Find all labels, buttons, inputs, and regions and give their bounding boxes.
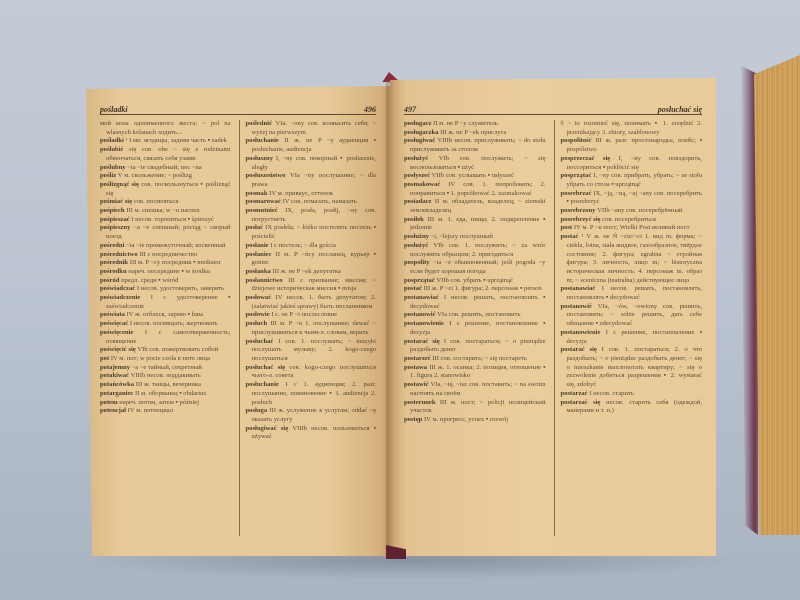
entry-headword: posmarować	[246, 198, 283, 205]
entry-headword: posłannictwo	[246, 277, 289, 284]
dictionary-entry: pośladki ¹ I мн. ягодицы, задняя часть ▪…	[100, 137, 231, 146]
entry-headword: posłaniec	[246, 251, 276, 258]
entry-headword: pospolity	[404, 259, 433, 266]
entry-headword: postarzać	[561, 390, 590, 397]
entry-headword: posmutnieć	[246, 207, 286, 214]
entry-headword: poślubny	[100, 164, 127, 171]
dictionary-entry: pośliz V м. скольжение; ~ poślizg	[100, 172, 231, 181]
entry-definition: I с. не P ~i послесловие	[271, 311, 337, 318]
dictionary-entry: posłaniec II м. P ~ńcy посланец, курьер …	[246, 251, 377, 268]
entry-definition: VIa, ~ię, ~isz сов. поставить; ~ na swoi…	[410, 381, 546, 397]
entry-definition: III м. спешка; w ~u наспех	[126, 207, 200, 214]
dictionary-entry: potencjał IV м. потенциал	[100, 407, 231, 416]
entry-headword: posłuchanie	[246, 137, 285, 144]
entry-headword: postanowić	[561, 303, 598, 310]
entry-headword: poświęcić się	[100, 346, 137, 353]
entry-headword: post	[561, 224, 574, 231]
entry-definition: II м. оборванец ▪ obdartus	[135, 390, 206, 397]
entry-headword: posrebrzyć się	[561, 216, 603, 223]
dictionary-entry: posłuch III м. P ~u 1. послушание; dawać…	[246, 320, 377, 337]
dictionary-entry: posłanie I с постель; ~ dla gościa	[246, 242, 377, 251]
entry-headword: pot	[100, 355, 111, 362]
dictionary-entry: pośmiać się сов. посмеяться	[100, 198, 231, 207]
dictionary-entry: posprzątać I, ~ny сов. прибрать, убрать;…	[561, 172, 703, 189]
entry-definition: IV м. привкус, оттенок	[269, 190, 333, 197]
entry-definition: мой кона одноименного жеста; ~ pol na wl…	[100, 120, 231, 136]
entry-definition: сов. посмеяться	[134, 198, 179, 205]
dictionary-entry: poślubić się сов. obe ~ się z rodzinami …	[100, 146, 231, 163]
entry-definition: VIIb ~any сов. посеребрённый	[597, 207, 682, 214]
dictionary-entry: pośredni ~ia ~ie промежуточный; косвенны…	[100, 242, 231, 251]
entry-definition: III ж. услужение к услугам; oddać ~ę ока…	[252, 407, 376, 423]
dictionary-entry: poślubny ~ia ~ie свадебный; noc ~na	[100, 164, 231, 173]
dictionary-entry: posłuchać się сов. kogo-czego послушатьс…	[246, 364, 377, 381]
dictionary-entry: posiłek III м. 1. еда, пища; 2. подкрепл…	[404, 216, 546, 233]
dictionary-entry: poświadczenie I с удостоверение ▪ zaświa…	[100, 294, 231, 311]
dictionary-entry: posłyszeć VIIb сов. услышать ▪ usłyszeć	[404, 172, 546, 181]
entry-definition: VIa сов. решить, постановить	[437, 311, 520, 318]
dictionary-entry: posłuszeństwo VIa ~ny послушание; ~ dla …	[246, 172, 377, 189]
dictionary-entry: potarganiec II м. оборванец ▪ obdartus	[100, 390, 231, 399]
entry-definition: I несов. удостоверять, заверять	[137, 285, 224, 292]
dictionary-entry: posłuchanie I с 1. аудиенция; 2. разг. п…	[246, 381, 377, 407]
entry-definition: ¹ I мн. ягодицы, задняя часть ▪ zadek	[125, 137, 226, 144]
entry-headword: posłanie	[246, 242, 271, 249]
entry-definition: V м. скольжение; ~ poślizg	[118, 172, 192, 179]
entry-definition: ~ia ~ie свадебный; noc ~na	[127, 164, 201, 171]
entry-headword: poślubić	[100, 146, 129, 153]
book-gutter	[386, 80, 394, 550]
dictionary-entry: posłużyć VIb сов. 1. послужить; ~ za wzó…	[404, 242, 546, 259]
entry-headword: pośród	[100, 277, 121, 284]
entry-definition: III ж. 1. осанка; 2. позиция, отношение …	[410, 364, 546, 380]
entry-headword: posłuch	[246, 320, 271, 327]
dictionary-entry: posiadacz II м. обладатель, владелец; ~ …	[404, 198, 546, 215]
dictionary-entry: postać ¹ V ж. не Ń ~cie/~ci 1. вид m. фо…	[561, 233, 703, 285]
entry-headword: poślizgnąć się	[100, 181, 141, 188]
entry-headword: postanowienie	[404, 320, 449, 327]
dictionary-entry: pospolitość III ж. разг. простонародье, …	[561, 137, 703, 154]
entry-headword: postanawiać	[561, 285, 602, 292]
dictionary-entry: posłać IX posłeła; ~ łóżko постелить пос…	[246, 224, 377, 241]
dictionary-entry: posłuszny I, ~ny сов. покорный ▪ posłusz…	[246, 155, 377, 172]
entry-definition: III м. 1. еда, пища; 2. подкрепление ▪ j…	[410, 216, 546, 232]
dictionary-entry: poświęcić się VIb сов. пожертвовать собо…	[100, 346, 231, 355]
entry-definition: I несов. посвящать; жертвовать	[130, 320, 218, 327]
entry-headword: posrebrzony	[561, 207, 598, 214]
dictionary-entry: posrebrzony VIIb ~any сов. посеребрённый	[561, 207, 703, 216]
dictionary-entry: posłanka III ж. не P ~ek депутатка	[246, 268, 377, 277]
entry-headword: posmak	[246, 190, 270, 197]
dictionary-entry: мой кона одноименного жеста; ~ pol na wl…	[100, 120, 231, 137]
dictionary-entry: poświadczać I несов. удостоверять, завер…	[100, 285, 231, 294]
entry-headword: posłuszeństwo	[246, 172, 290, 179]
entry-headword: poślednić	[246, 120, 276, 127]
dictionary-entry: posprzeczać się I, ~ny сов. повздорить, …	[561, 155, 703, 172]
entry-definition: VIIIb несов. поддакивать	[131, 372, 201, 379]
entry-definition: IX posłeła; ~ łóżko постелить постель ▪ …	[252, 224, 377, 240]
dictionary-entry: posłowie I с. не P ~i послесловие	[246, 311, 377, 320]
dictionary-entry: posługaczka III ж. не P ~ek прислуга	[404, 129, 546, 138]
dictionary-entry: postać III ж. P ~ci 1. фигура; 2. персон…	[404, 285, 546, 294]
entry-definition: VIIb сов. услышать ▪ usłyszeć	[432, 172, 514, 179]
dictionary-entry: pot IV м. пот; w pocie czoła в поте лица	[100, 355, 231, 364]
dictionary-entry: postarać się I сов. постараться; ~ o pie…	[404, 338, 546, 355]
entry-headword: poświęcać	[100, 320, 130, 327]
entry-headword: posłanka	[246, 268, 273, 275]
entry-headword: poświata	[100, 311, 127, 318]
second-book	[740, 55, 800, 555]
dictionary-entry: poślednić VIa. ~ony сов. возвысить себя;…	[246, 120, 377, 137]
entry-headword: posłyszeć	[404, 172, 432, 179]
dictionary-entry: post IV м. P ~u пост; Wielki Post велики…	[561, 224, 703, 233]
left-page: pośladki 496 мой кона одноименного жеста…	[86, 86, 390, 556]
entry-headword: postarać się	[561, 346, 602, 353]
entry-headword: pośrednik	[100, 259, 130, 266]
dictionary-entry: postanowienie I с решение, постановление…	[404, 320, 546, 337]
entry-definition: II м. не P ~y служитель	[433, 120, 498, 127]
dictionary-entry: postawić VIa, ~ię, ~isz сов. поставить; …	[404, 381, 546, 398]
entry-headword: posługiwać się	[246, 425, 293, 432]
entry-headword: potarganiec	[100, 390, 135, 397]
entry-headword: potajemny	[100, 364, 132, 371]
entry-headword: postęp	[404, 416, 424, 423]
dictionary-entry: posłuchać I сов. 1. послушать; ~ muzyki …	[246, 338, 377, 364]
entry-definition: IV м. P ~u пост; Wielki Post великий пос…	[574, 224, 690, 231]
entry-headword: posrebrzać	[561, 190, 594, 197]
entry-definition: III м. P ~cy посредник ▪ mediator	[130, 259, 221, 266]
dictionary-entry: posmutnieć IX, posła, posłij, ~ny сов. п…	[246, 207, 377, 224]
dictionary-entry: potańcówka III ж. танцы, вечеринка	[100, 381, 231, 390]
entry-definition: I с постель; ~ dla gościa	[270, 242, 336, 249]
entry-headword: pospolitość	[561, 137, 596, 144]
dictionary-entry: postanowić VIa, ~ów, ~owiony сов. решить…	[561, 303, 703, 329]
dictionary-entry: pośpiech III м. спешка; w ~u наспех	[100, 207, 231, 216]
left-column-2: poślednić VIa. ~ony сов. возвысить себя;…	[239, 120, 377, 536]
entry-definition: IV сов. помазать, намазать	[283, 198, 357, 205]
entry-headword: postawa	[404, 364, 429, 371]
right-page-number: 497	[404, 105, 416, 114]
entry-headword: postarzać się	[561, 399, 607, 406]
entry-headword: pośliz	[100, 172, 118, 179]
entry-headword: postanawiać	[404, 294, 444, 301]
entry-headword: pośmiać się	[100, 198, 134, 205]
entry-headword: postanowienie	[561, 329, 606, 336]
entry-definition: III м. P ~u 1. послушание; dawać ~ присл…	[252, 320, 376, 336]
right-page-header: 497 posłuchać się	[404, 100, 702, 115]
dictionary-entry: poświęcenie I с самоотверженность; освящ…	[100, 329, 231, 346]
entry-definition: IV ж. отблеск, зарево ▪ łuna	[127, 311, 204, 318]
dictionary-entry: pośrednictwo III с посредничество	[100, 251, 231, 260]
dictionary-entry: posłużyć VIb сов. послужить; ~ się воспо…	[404, 155, 546, 172]
entry-definition: сов. посеребриться	[602, 216, 656, 223]
dictionary-entry: pospolity ~ia ~e обыкновенный; jeśli pog…	[404, 259, 546, 276]
right-column-2: ◊ ~ to rozumieć się, понимать ▪ 1. zrzęd…	[554, 120, 703, 536]
entry-headword: pośpieszny	[100, 224, 133, 231]
left-column-1: мой кона одноименного жеста; ~ pol na wl…	[100, 120, 231, 536]
dictionary-entry: posterunek III м. пост; ~ policji полице…	[404, 399, 546, 416]
dictionary-entry: posługiwać VIIIb несов. прислуживать; ~ …	[404, 137, 546, 154]
entry-definition: III с посредничество	[139, 251, 197, 258]
entry-headword: posługa	[246, 407, 270, 414]
dictionary-entry: poświata IV ж. отблеск, зарево ▪ łuna	[100, 311, 231, 320]
dictionary-entry: postanowienie I с решение, постановление…	[561, 329, 703, 346]
dictionary-entry: postawa III ж. 1. осанка; 2. позиция, от…	[404, 364, 546, 381]
dictionary-entry: posmak IV м. привкус, оттенок	[246, 190, 377, 199]
entry-definition: IV м. прогресс, успех ▪ rozwój	[424, 416, 508, 423]
dictionary-entry: posrebrzyć się сов. посеребриться	[561, 216, 703, 225]
right-running-head: posłuchać się	[658, 105, 702, 114]
entry-headword: postarać się	[404, 338, 444, 345]
entry-headword: pośpiech	[100, 207, 126, 214]
entry-headword: posiadacz	[404, 198, 435, 205]
entry-headword: poświadczać	[100, 285, 137, 292]
dictionary-entry: ◊ ~ to rozumieć się, понимать ▪ 1. zrzęd…	[561, 120, 703, 137]
dictionary-entry: posłuchanie II ж. не P ~y аудиенция ▪ po…	[246, 137, 377, 154]
left-page-number: 496	[364, 105, 376, 114]
entry-headword: posłuszny	[246, 155, 276, 162]
entry-headword: posłować	[246, 294, 276, 301]
dictionary-entry: postarzać I несов. старить	[561, 390, 703, 399]
dictionary-entry: postarać się I сов. 1. постараться; 2. о…	[561, 346, 703, 390]
entry-definition: предл. среди ▪ wśród	[121, 277, 178, 284]
dictionary-entry: poświęcać I несов. посвящать; жертвовать	[100, 320, 231, 329]
dictionary-entry: posługacz II м. не P ~y служитель	[404, 120, 546, 129]
entry-headword: posługaczka	[404, 129, 440, 136]
dictionary-entry: posmakować IV сов. 1. попробовать; 2. по…	[404, 181, 546, 198]
left-running-head: pośladki	[100, 105, 128, 114]
entry-headword: posmakować	[404, 181, 448, 188]
entry-definition: ~a ~e тайный, секретный	[132, 364, 202, 371]
entry-headword: potańcówka	[100, 381, 136, 388]
left-page-header: pośladki 496	[100, 100, 376, 115]
dictionary-entry: posługa III ж. услужение к услугам; odda…	[246, 407, 377, 424]
entry-headword: posłać	[246, 224, 266, 231]
dictionary-entry: posługiwać się VIIIb несов. пользоваться…	[246, 425, 377, 442]
entry-definition: нареч. потом, затем ▪ później	[119, 399, 199, 406]
dictionary-entry: pośpieszny ~a ~e спешный; pociąg ~ скоры…	[100, 224, 231, 241]
dictionary-entry: posłużny ~i, ~lejszy послушный	[404, 233, 546, 242]
entry-headword: posługacz	[404, 120, 433, 127]
entry-headword: posprzeczać się	[561, 155, 619, 162]
right-column-1: posługacz II м. не P ~y служительposługa…	[404, 120, 546, 536]
right-page: 497 posłuchać się posługacz II м. не P ~…	[390, 78, 716, 556]
entry-headword: pośladki	[100, 137, 125, 144]
entry-definition: IV м. пот; w pocie czoła в поте лица	[111, 355, 210, 362]
entry-definition: IV м. потенциал	[128, 407, 173, 414]
entry-definition: ◊ ~ to rozumieć się, понимать ▪ 1. zrzęd…	[561, 120, 703, 136]
entry-headword: posprzątać	[404, 277, 436, 284]
entry-definition: III сов. состарить; ~ się постареть	[432, 355, 526, 362]
dictionary-entry: posrebrzać IX, ~ją, ~ną, ~aj ~any сов. п…	[561, 190, 703, 207]
dictionary-entry: posmarować IV сов. помазать, намазать	[246, 198, 377, 207]
entry-headword: pośpieszać	[100, 216, 131, 223]
dictionary-entry: postarzeć III сов. состарить; ~ się пост…	[404, 355, 546, 364]
dictionary-entry: posłannictwo III с призвание; миссия; ~ …	[246, 277, 377, 294]
entry-headword: posłowie	[246, 311, 272, 318]
entry-headword: posłuchać się	[246, 364, 290, 371]
dictionary-entry: potajemny ~a ~e тайный, секретный	[100, 364, 231, 373]
entry-definition: I несов. старить	[589, 390, 634, 397]
dictionary-entry: postanawiać I несов. решать, постановлят…	[561, 285, 703, 302]
entry-headword: pośrednictwo	[100, 251, 139, 258]
entry-headword: posłużyć	[404, 155, 439, 162]
entry-headword: poświadczenie	[100, 294, 151, 301]
entry-headword: posprzątać	[561, 172, 594, 179]
entry-definition: III ж. не P ~ek депутатка	[272, 268, 340, 275]
dictionary-entry: posłować IV несов. 1. быть депутатом; 2.…	[246, 294, 377, 311]
entry-definition: III ж. танцы, вечеринка	[136, 381, 201, 388]
entry-headword: posłuchać	[246, 338, 279, 345]
entry-headword: postarzeć	[404, 355, 432, 362]
dictionary-entry: poślizgnąć się сов. поскользнуться ▪ poś…	[100, 181, 231, 198]
dictionary-entry: pośrodku нареч. посередине ▪ w środku	[100, 268, 231, 277]
entry-definition: VIIb сов. убрать ▪ uprzątnąć	[436, 277, 513, 284]
dictionary-entry: postęp IV м. прогресс, успех ▪ rozwój	[404, 416, 546, 425]
dictionary-entry: potakiwać VIIIb несов. поддакивать	[100, 372, 231, 381]
entry-definition: ¹ V ж. не Ń ~cie/~ci 1. вид m. форма; ~ …	[567, 233, 703, 284]
left-page-columns: мой кона одноименного жеста; ~ pol na wl…	[100, 120, 376, 536]
dictionary-entry: postanawiać I несов. решать, постановлят…	[404, 294, 546, 311]
entry-definition: I несов. торопиться ▪ śpieszyć	[131, 216, 214, 223]
second-book-page-edges	[754, 55, 800, 535]
entry-headword: postać	[561, 233, 582, 240]
right-page-columns: posługacz II м. не P ~y служительposługa…	[404, 120, 702, 536]
entry-definition: ~ia ~ie промежуточный; косвенный	[126, 242, 225, 249]
entry-headword: poświęcenie	[100, 329, 145, 336]
entry-headword: posłuchanie	[246, 381, 286, 388]
entry-headword: potakiwać	[100, 372, 131, 379]
dictionary-entry: pośrednik III м. P ~cy посредник ▪ media…	[100, 259, 231, 268]
entry-headword: posłużyć	[404, 242, 433, 249]
dictionary-entry: pośpieszać I несов. торопиться ▪ śpieszy…	[100, 216, 231, 225]
entry-headword: posłużny	[404, 233, 431, 240]
dictionary-entry: potem нареч. потом, затем ▪ później	[100, 399, 231, 408]
entry-headword: potencjał	[100, 407, 128, 414]
entry-definition: VIb сов. пожертвовать собой	[137, 346, 218, 353]
dictionary-entry: pośród предл. среди ▪ wśród	[100, 277, 231, 286]
entry-definition: III ж. не P ~ek прислуга	[440, 129, 506, 136]
entry-headword: posterunek	[404, 399, 440, 406]
entry-definition: III ж. P ~ci 1. фигура; 2. персонаж ▪ pe…	[424, 285, 542, 292]
entry-headword: potem	[100, 399, 119, 406]
dictionary-entry: posprzątać VIIb сов. убрать ▪ uprzątnąć	[404, 277, 546, 286]
entry-headword: pośrodku	[100, 268, 128, 275]
entry-headword: posługiwać	[404, 137, 437, 144]
dictionary-entry: postanowić VIa сов. решить, постановить	[404, 311, 546, 320]
entry-headword: posiłek	[404, 216, 428, 223]
entry-definition: нареч. посередине ▪ w środku	[128, 268, 210, 275]
entry-headword: postawić	[404, 381, 431, 388]
entry-headword: postanowić	[404, 311, 437, 318]
entry-definition: ~i, ~lejszy послушный	[431, 233, 493, 240]
entry-headword: pośredni	[100, 242, 126, 249]
entry-headword: postać	[404, 285, 424, 292]
dictionary-entry: postarzać się несов. старить себя (одежд…	[561, 399, 703, 416]
